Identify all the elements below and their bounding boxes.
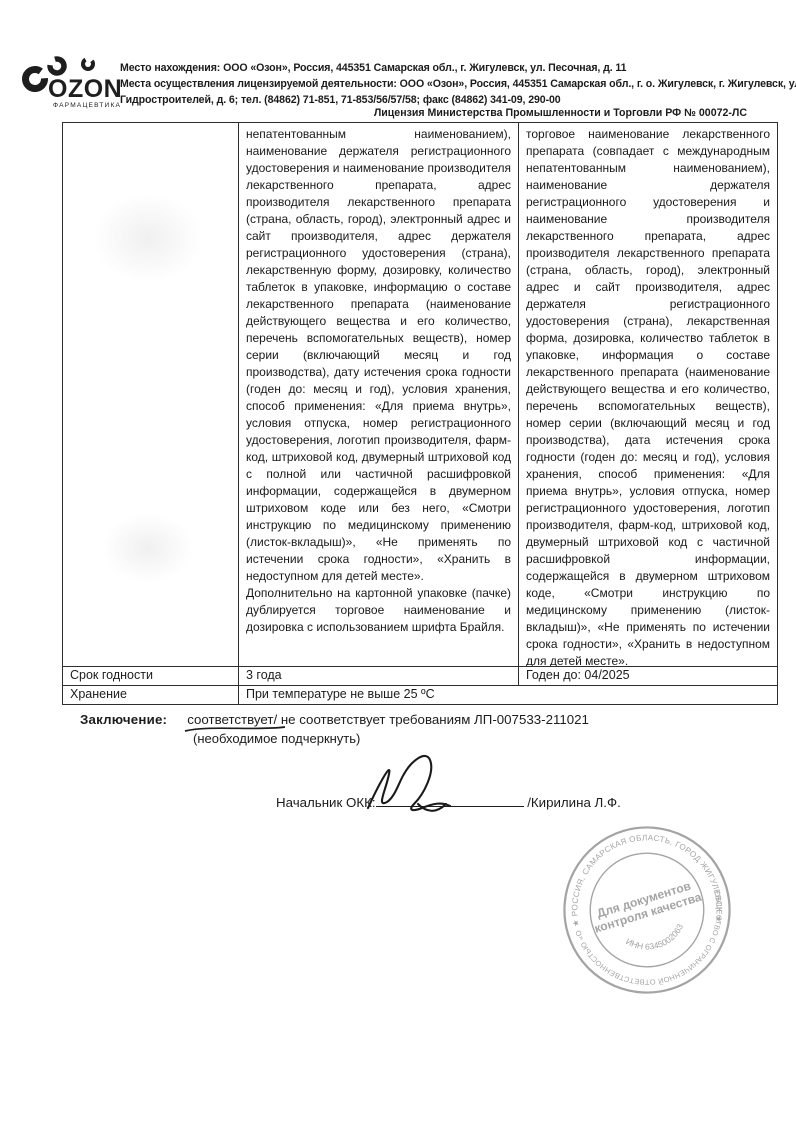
conclusion-underlined-option: соответствует: [187, 712, 273, 727]
address-line: Место нахождения: ООО «Озон», Россия, 44…: [120, 60, 780, 76]
actual-paragraph: торговое наименование лекарственного пре…: [526, 126, 770, 666]
conclusion-rest: / не соответствует требованиям ЛП-007533…: [273, 712, 589, 727]
license-line: Лицензия Министерства Промышленности и Т…: [374, 107, 747, 119]
storage-label: Хранение: [63, 686, 239, 704]
shelf-life-label: Срок годности: [63, 667, 239, 685]
conclusion-block: Заключение:соответствует/ не соответству…: [80, 712, 589, 746]
shelf-life-value: 3 года: [239, 667, 519, 685]
ozon-logo: OZON ФАРМАЦЕВТИКА: [20, 42, 122, 112]
table-row-shelf-life: Срок годности 3 года Годен до: 04/2025: [63, 666, 777, 685]
address-line: Места осуществления лицензируемой деятел…: [120, 76, 780, 92]
table-row-storage: Хранение При температуре не выше 25 ºС: [63, 685, 777, 704]
storage-value: При температуре не выше 25 ºС: [239, 686, 777, 704]
conclusion-note: (необходимое подчеркнуть): [193, 731, 589, 746]
svg-text:ИНН 6345002063: ИНН 6345002063: [622, 920, 689, 960]
conclusion-label: Заключение:: [80, 712, 167, 727]
company-address-block: Место нахождения: ООО «Озон», Россия, 44…: [120, 60, 780, 108]
logo-subtitle-text: ФАРМАЦЕВТИКА: [53, 102, 121, 109]
handwritten-signature: [360, 752, 472, 816]
table-row-main: непатентованным наименованием), наименов…: [63, 123, 777, 666]
shelf-life-expiry: Годен до: 04/2025: [519, 667, 777, 685]
document-page: OZON ФАРМАЦЕВТИКА Место нахождения: ООО …: [0, 0, 796, 1139]
address-line: Гидростроителей, д. 6; тел. (84862) 71-8…: [120, 92, 780, 108]
hand-underline-stroke: [183, 724, 287, 733]
stamp-graphics: ★ РОССИЯ, САМАРСКАЯ ОБЛАСТЬ, ГОРОД ЖИГУЛ…: [540, 803, 750, 1015]
signatory-name: /Кирилина Л.Ф.: [527, 795, 621, 810]
cell-empty-left: [63, 123, 239, 666]
stamp-inn-text: ИНН 6345002063: [622, 920, 689, 960]
scan-noise: [93, 193, 203, 283]
requirements-paragraph: Дополнительно на картонной упаковке (пач…: [246, 585, 511, 636]
logo-brand-text: OZON: [48, 75, 122, 103]
cell-requirements-text: непатентованным наименованием), наименов…: [239, 123, 519, 666]
labeling-requirements-table: непатентованным наименованием), наименов…: [62, 122, 778, 705]
cell-actual-text: торговое наименование лекарственного пре…: [519, 123, 777, 666]
scan-noise: [103, 513, 193, 583]
requirements-paragraph: непатентованным наименованием), наименов…: [246, 126, 511, 585]
quality-control-stamp: ★ РОССИЯ, САМАРСКАЯ ОБЛАСТЬ, ГОРОД ЖИГУЛ…: [540, 803, 755, 1018]
